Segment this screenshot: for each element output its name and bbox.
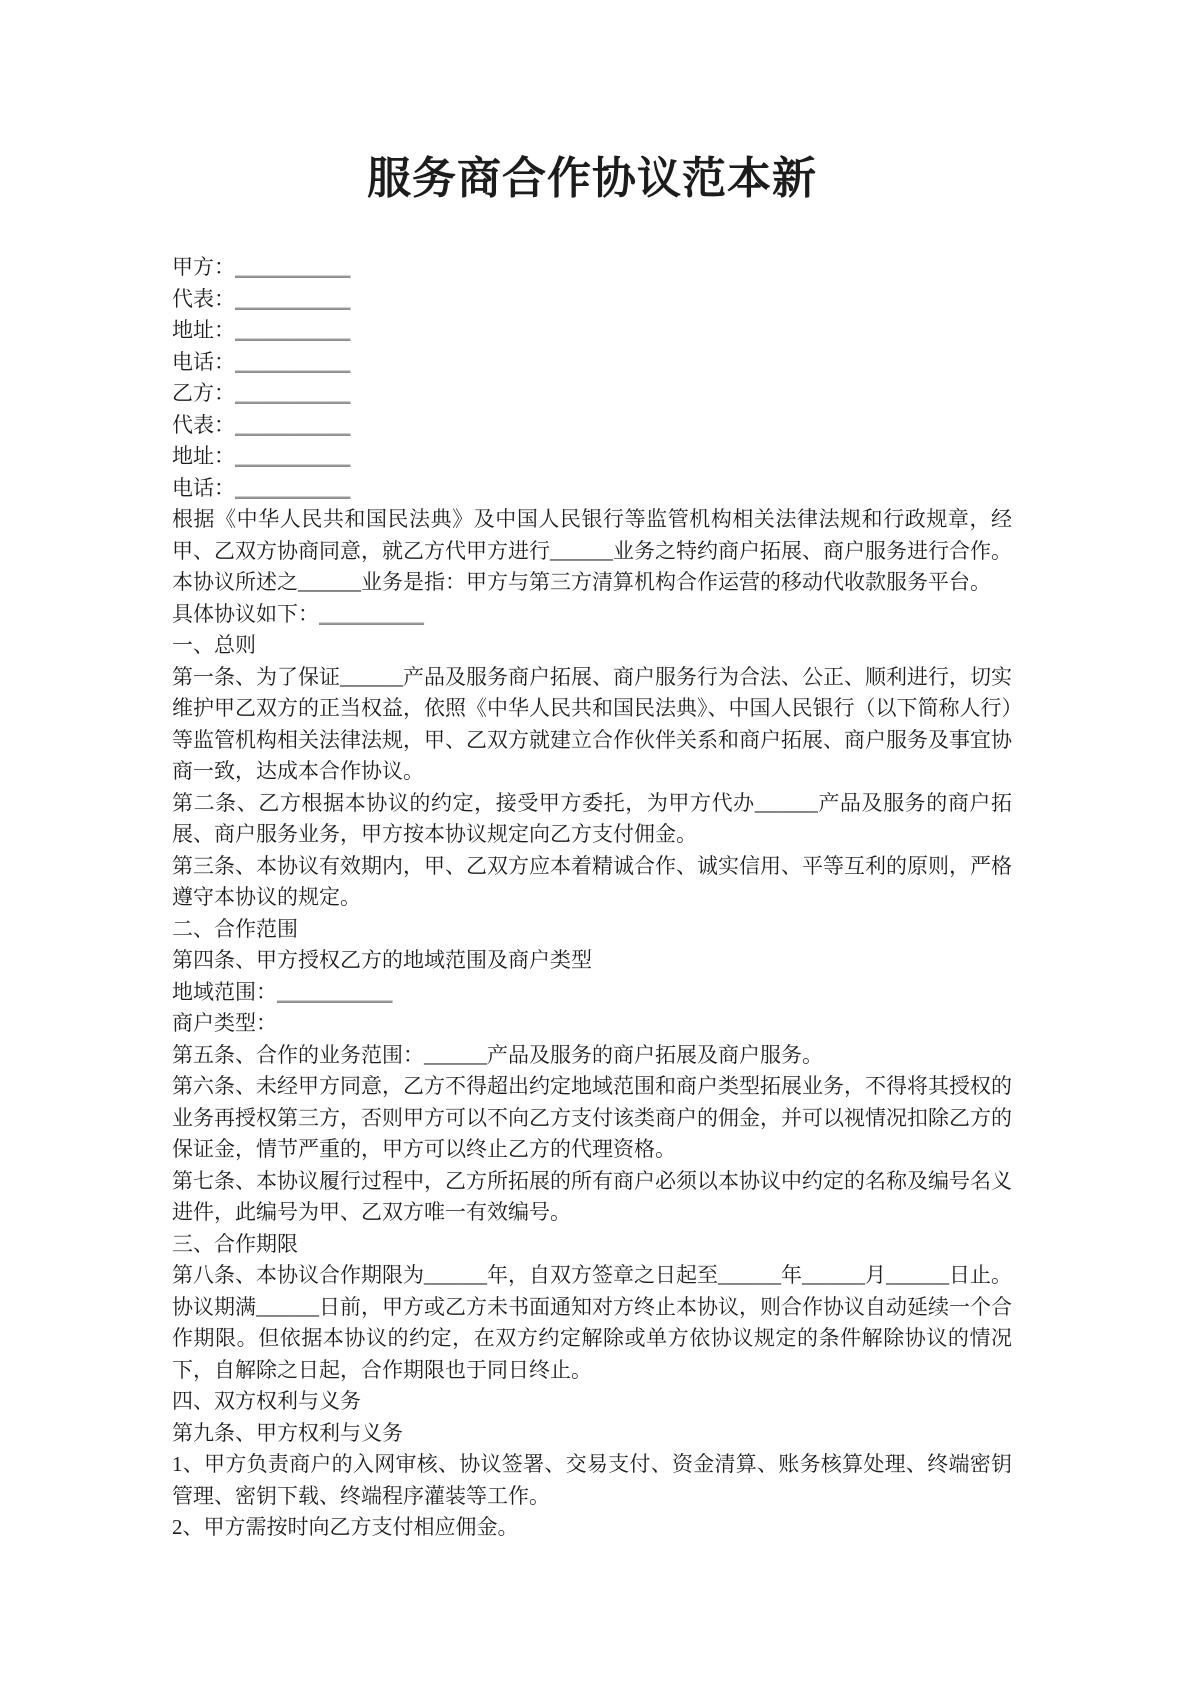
field-row-region-scope: 地域范围：___________ (172, 977, 1012, 1009)
field-row-phone-a: 电话：___________ (172, 347, 1012, 379)
blank-line: ___________ (235, 255, 351, 279)
field-label: 乙方： (172, 381, 235, 405)
document-page: 服务商合作协议范本新 甲方：___________ 代表：___________… (0, 0, 1190, 1683)
blank-line: ___________ (235, 476, 351, 500)
field-label: 地域范围： (172, 980, 277, 1004)
paragraph-item-2: 2、甲方需按时向乙方支付相应佣金。 (172, 1512, 1012, 1544)
field-row-representative-b: 代表：___________ (172, 410, 1012, 442)
field-label: 地址： (172, 444, 235, 468)
section-heading-1: 一、总则 (172, 630, 1012, 662)
field-row-representative-a: 代表：___________ (172, 284, 1012, 316)
paragraph-preamble: 根据《中华人民共和国民法典》及中国人民银行等监管机构相关法律法规和行政规章，经甲… (172, 504, 1012, 599)
blank-line: ___________ (235, 318, 351, 342)
field-row-phone-b: 电话：___________ (172, 473, 1012, 505)
field-label: 代表： (172, 287, 235, 311)
blank-line: ___________ (235, 381, 351, 405)
field-label: 电话： (172, 350, 235, 374)
paragraph-article-5: 第五条、合作的业务范围：______产品及服务的商户拓展及商户服务。 (172, 1040, 1012, 1072)
field-label: 甲方： (172, 255, 235, 279)
field-row-merchant-type: 商户类型： (172, 1008, 1012, 1040)
paragraph-article-6: 第六条、未经甲方同意，乙方不得超出约定地域范围和商户类型拓展业务，不得将其授权的… (172, 1071, 1012, 1166)
blank-line: ___________ (235, 444, 351, 468)
blank-line: __________ (319, 602, 424, 626)
paragraph-article-1: 第一条、为了保证______产品及服务商户拓展、商户服务行为合法、公正、顺利进行… (172, 662, 1012, 788)
blank-line: ___________ (235, 350, 351, 374)
paragraph-article-7: 第七条、本协议履行过程中，乙方所拓展的所有商户必须以本协议中约定的名称及编号名义… (172, 1166, 1012, 1229)
blank-line: ___________ (235, 413, 351, 437)
paragraph-article-8: 第八条、本协议合作期限为______年，自双方签章之日起至______年____… (172, 1260, 1012, 1386)
document-content: 服务商合作协议范本新 甲方：___________ 代表：___________… (172, 150, 1012, 1544)
field-row-address-b: 地址：___________ (172, 441, 1012, 473)
field-row-party-a: 甲方：___________ (172, 252, 1012, 284)
section-heading-2: 二、合作范围 (172, 914, 1012, 946)
field-label: 电话： (172, 476, 235, 500)
blank-line: ___________ (277, 980, 393, 1004)
paragraph-agreement-intro: 具体协议如下：__________ (172, 599, 1012, 631)
field-label: 具体协议如下： (172, 602, 319, 626)
paragraph-article-4: 第四条、甲方授权乙方的地域范围及商户类型 (172, 945, 1012, 977)
paragraph-article-2: 第二条、乙方根据本协议的约定，接受甲方委托，为甲方代办______产品及服务的商… (172, 788, 1012, 851)
section-heading-3: 三、合作期限 (172, 1229, 1012, 1261)
field-label: 地址： (172, 318, 235, 342)
paragraph-item-1: 1、甲方负责商户的入网审核、协议签署、交易支付、资金清算、账务核算处理、终端密钥… (172, 1449, 1012, 1512)
paragraph-article-3: 第三条、本协议有效期内，甲、乙双方应本着精诚合作、诚实信用、平等互利的原则，严格… (172, 851, 1012, 914)
field-row-party-b: 乙方：___________ (172, 378, 1012, 410)
field-label: 代表： (172, 413, 235, 437)
document-title: 服务商合作协议范本新 (172, 150, 1012, 208)
field-row-address-a: 地址：___________ (172, 315, 1012, 347)
section-heading-4: 四、双方权利与义务 (172, 1386, 1012, 1418)
blank-line: ___________ (235, 287, 351, 311)
paragraph-article-9: 第九条、甲方权利与义务 (172, 1418, 1012, 1450)
